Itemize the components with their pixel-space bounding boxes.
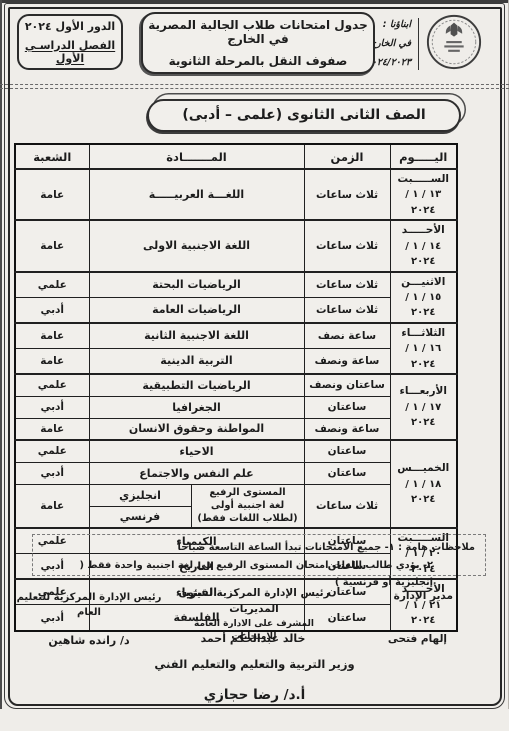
day-name: الاثنيـــن: [393, 274, 455, 290]
language-cell: انجليزي: [89, 484, 191, 506]
session-box: الدور الأول ٢٠٢٤ الفصل الدراسـي الأول: [17, 14, 123, 70]
day-date: ١٥ / ١ / ٢٠٢٤: [393, 290, 455, 321]
day-name: الخميـــس: [393, 460, 455, 476]
header-time: الزمن: [304, 144, 390, 169]
time-cell: ثلاث ساعات: [304, 169, 390, 220]
day-name: الســـــبت: [393, 171, 455, 187]
header-subject: المـــــــادة: [89, 144, 304, 169]
day-cell: الاثنيـــن١٥ / ١ / ٢٠٢٤: [390, 272, 457, 323]
subject-cell: الرياضيات العامة: [89, 297, 304, 323]
table-row: الاثنيـــن١٥ / ١ / ٢٠٢٤ثلاث ساعاتالرياضي…: [15, 272, 457, 298]
section-cell: عامة: [15, 418, 89, 440]
section-cell: عامة: [15, 169, 89, 220]
section-cell: عامة: [15, 220, 89, 271]
language-cell: فرنسي: [89, 506, 191, 528]
document-title-line1: جدول امتحانات طلاب الجالية المصرية في ال…: [143, 18, 373, 47]
time-cell: ساعتان: [304, 440, 390, 462]
section-cell: علمي: [15, 440, 89, 462]
subject-cell: المواطنة وحقوق الانسان: [89, 418, 304, 440]
head1-title-line: رئيس الإدارة المركزية لشئون المديريات: [171, 586, 337, 618]
time-cell: ثلاث ساعات: [304, 297, 390, 323]
document-title-line2: صفوف النقل بالمرحلة الثانوية: [143, 54, 373, 68]
day-cell: الأحـــــد١٤ / ١ / ٢٠٢٤: [390, 220, 457, 271]
header-day: اليـــــوم: [390, 144, 457, 169]
time-cell: ساعة ونصف: [304, 418, 390, 440]
section-cell: علمي: [15, 374, 89, 396]
subject-cell: اللغة الاجنبية الثانية: [89, 323, 304, 349]
subject-cell: التربية الدينية: [89, 348, 304, 374]
section-cell: أدبي: [15, 462, 89, 484]
time-cell: ساعتان: [304, 462, 390, 484]
table-row: الثلاثـــاء١٦ / ١ / ٢٠٢٤ساعة نصفاللغة ال…: [15, 323, 457, 349]
time-cell: ساعة نصف: [304, 323, 390, 349]
section-cell: علمي: [15, 272, 89, 298]
day-cell: الثلاثـــاء١٦ / ١ / ٢٠٢٤: [390, 323, 457, 374]
subject-cell: الرياضيات البحتة: [89, 272, 304, 298]
section-cell: أدبي: [15, 297, 89, 323]
table-header-row: اليـــــوم الزمن المـــــــادة الشعبة: [15, 144, 457, 169]
day-name: الأربعـــاء: [393, 383, 455, 399]
table-row: الخميـــس١٨ / ١ / ٢٠٢٤ساعتانالاحياءعلمي: [15, 440, 457, 462]
table-row: الأربعـــاء١٧ / ١ / ٢٠٢٤ساعتان ونصفالريا…: [15, 374, 457, 396]
signature-director-title: مدير الإدارة: [394, 589, 453, 605]
day-cell: الخميـــس١٨ / ١ / ٢٠٢٤: [390, 440, 457, 528]
subject-cell: الرياضيات التطبيقية: [89, 374, 304, 396]
day-date: ١٤ / ١ / ٢٠٢٤: [393, 239, 455, 270]
document-title-box: جدول امتحانات طلاب الجالية المصرية في ال…: [141, 12, 375, 74]
time-cell: ساعتان ونصف: [304, 374, 390, 396]
signature-head2-name: د/ رانده شاهين: [36, 633, 142, 650]
time-cell: ساعتان: [304, 396, 390, 418]
day-name: الأحـــــد: [393, 222, 455, 238]
note-line1: ملاحظات هامة : ١- جميع الامتحانات تبدأ ا…: [39, 539, 475, 557]
section-cell: عامة: [15, 484, 89, 528]
grade-banner: الصف الثانى الثانوى (علمى – أدبى): [147, 99, 461, 132]
subject-cell: المستوى الرفيع لغة اجنبية أولى (لطلاب ال…: [191, 484, 304, 528]
dashed-separator: [0, 84, 509, 89]
subject-cell: اللغة الاجنبية الاولى: [89, 220, 304, 271]
notes-box: ملاحظات هامة : ١- جميع الامتحانات تبدأ ا…: [32, 534, 486, 576]
session-semester: الفصل الدراسـي الأول: [19, 39, 121, 65]
signature-head2-title: رئيس الإدارة المركزية للتعليم العام: [16, 590, 162, 620]
signature-minister-name: أ.د/ رضا حجازي: [0, 685, 509, 705]
day-cell: الأربعـــاء١٧ / ١ / ٢٠٢٤: [390, 374, 457, 440]
day-date: ١٧ / ١ / ٢٠٢٤: [393, 400, 455, 431]
time-cell: ثلاث ساعات: [304, 484, 390, 528]
session-round: الدور الأول ٢٠٢٤: [19, 20, 121, 33]
signature-head1-name: خالد عبدالحكم أحمد: [193, 631, 313, 648]
day-date: ١٦ / ١ / ٢٠٢٤: [393, 341, 455, 372]
section-cell: عامة: [15, 323, 89, 349]
ministry-seal-icon: [425, 13, 483, 71]
section-cell: أدبي: [15, 396, 89, 418]
day-cell: الســـــبت١٣ / ١ / ٢٠٢٤: [390, 169, 457, 220]
day-date: ١٣ / ١ / ٢٠٢٤: [393, 187, 455, 218]
table-row: الأحـــــد١٤ / ١ / ٢٠٢٤ثلاث ساعاتاللغة ا…: [15, 220, 457, 271]
subject-cell: الجغرافيا: [89, 396, 304, 418]
subject-cell: الاحياء: [89, 440, 304, 462]
exam-schedule-document: { "colors": { "ink": "#1c1c1c", "paper":…: [0, 0, 509, 731]
day-name: الثلاثـــاء: [393, 325, 455, 341]
scan-edge-left: [0, 0, 2, 709]
header-section: الشعبة: [15, 144, 89, 169]
signature-minister-title: وزير التربية والتعليم والتعليم الفني: [0, 656, 509, 673]
subject-cell: علم النفس والاجتماع: [89, 462, 304, 484]
header-divider: [418, 18, 420, 70]
table-row: الســـــبت١٣ / ١ / ٢٠٢٤ثلاث ساعاتاللغـــ…: [15, 169, 457, 220]
time-cell: ثلاث ساعات: [304, 220, 390, 271]
subject-cell: اللغـــة العربيـــــة: [89, 169, 304, 220]
section-cell: عامة: [15, 348, 89, 374]
time-cell: ثلاث ساعات: [304, 272, 390, 298]
time-cell: ساعة ونصف: [304, 348, 390, 374]
day-date: ١٨ / ١ / ٢٠٢٤: [393, 477, 455, 508]
signature-director-name: إلهام فتحى: [388, 632, 447, 648]
